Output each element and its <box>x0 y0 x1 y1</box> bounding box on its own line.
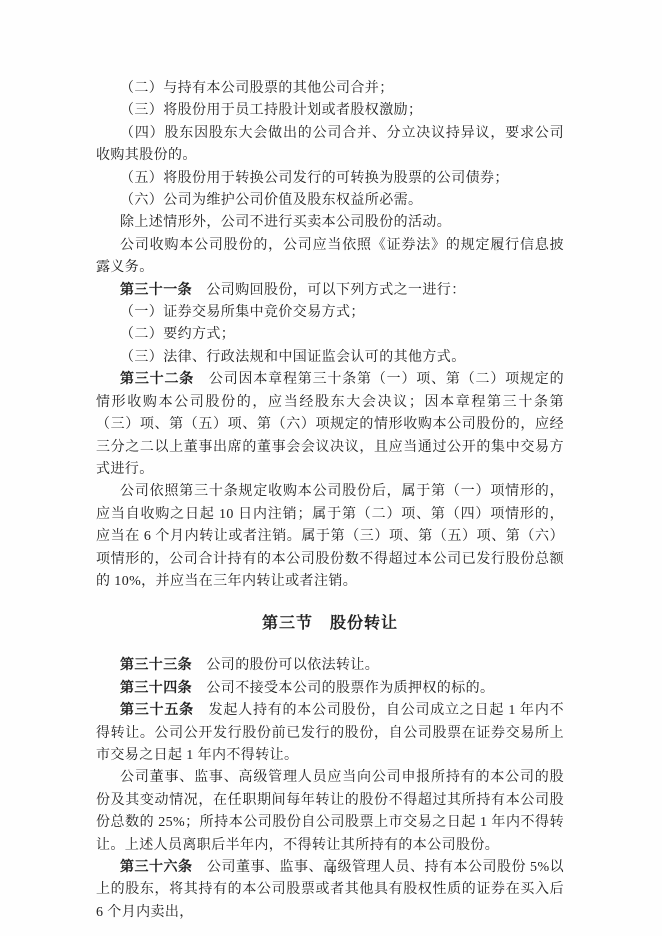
paragraph: （一）证券交易所集中竞价交易方式； <box>96 302 564 324</box>
paragraph: （三）法律、行政法规和中国证监会认可的其他方式。 <box>96 347 564 369</box>
paragraph: 公司收购本公司股份的，公司应当依照《证券法》的规定履行信息披露义务。 <box>96 235 564 280</box>
article-paragraph: 第三十三条 公司的股份可以依法转让。 <box>96 655 564 677</box>
article-paragraph: 第三十一条 公司购回股份，可以下列方式之一进行： <box>96 280 564 302</box>
paragraph: 公司董事、监事、高级管理人员应当向公司申报所持有的本公司的股份及其变动情况，在任… <box>96 767 564 857</box>
article-number: 第三十一条 <box>120 283 192 298</box>
paragraph: 除上述情形外，公司不进行买卖本公司股份的活动。 <box>96 212 564 234</box>
document-body: （二）与持有本公司股票的其他公司合并；（三）将股份用于员工持股计划或者股权激励；… <box>96 78 564 924</box>
document-page: （二）与持有本公司股票的其他公司合并；（三）将股份用于员工持股计划或者股权激励；… <box>0 0 662 936</box>
article-number: 第三十五条 <box>120 703 194 718</box>
article-number: 第三十四条 <box>120 681 192 696</box>
article-number: 第三十二条 <box>120 372 194 387</box>
page-number: 4 <box>0 862 662 878</box>
article-paragraph: 第三十二条 公司因本章程第三十条第（一）项、第（二）项规定的情形收购本公司股份的… <box>96 369 564 481</box>
paragraph: （二）要约方式； <box>96 324 564 346</box>
article-paragraph: 第三十五条 发起人持有的本公司股份，自公司成立之日起 1 年内不得转让。公司公开… <box>96 700 564 767</box>
paragraph: （五）将股份用于转换公司发行的可转换为股票的公司债券； <box>96 168 564 190</box>
paragraph: （三）将股份用于员工持股计划或者股权激励； <box>96 100 564 122</box>
section-heading: 第三节 股份转让 <box>96 613 564 635</box>
paragraph: （六）公司为维护公司价值及股东权益所必需。 <box>96 190 564 212</box>
paragraph: 公司依照第三十条规定收购本公司股份后，属于第（一）项情形的，应当自收购之日起 1… <box>96 481 564 593</box>
article-paragraph: 第三十四条 公司不接受本公司的股票作为质押权的标的。 <box>96 678 564 700</box>
article-number: 第三十三条 <box>120 658 192 673</box>
paragraph: （四）股东因股东大会做出的公司合并、分立决议持异议，要求公司收购其股份的。 <box>96 123 564 168</box>
paragraph: （二）与持有本公司股票的其他公司合并； <box>96 78 564 100</box>
